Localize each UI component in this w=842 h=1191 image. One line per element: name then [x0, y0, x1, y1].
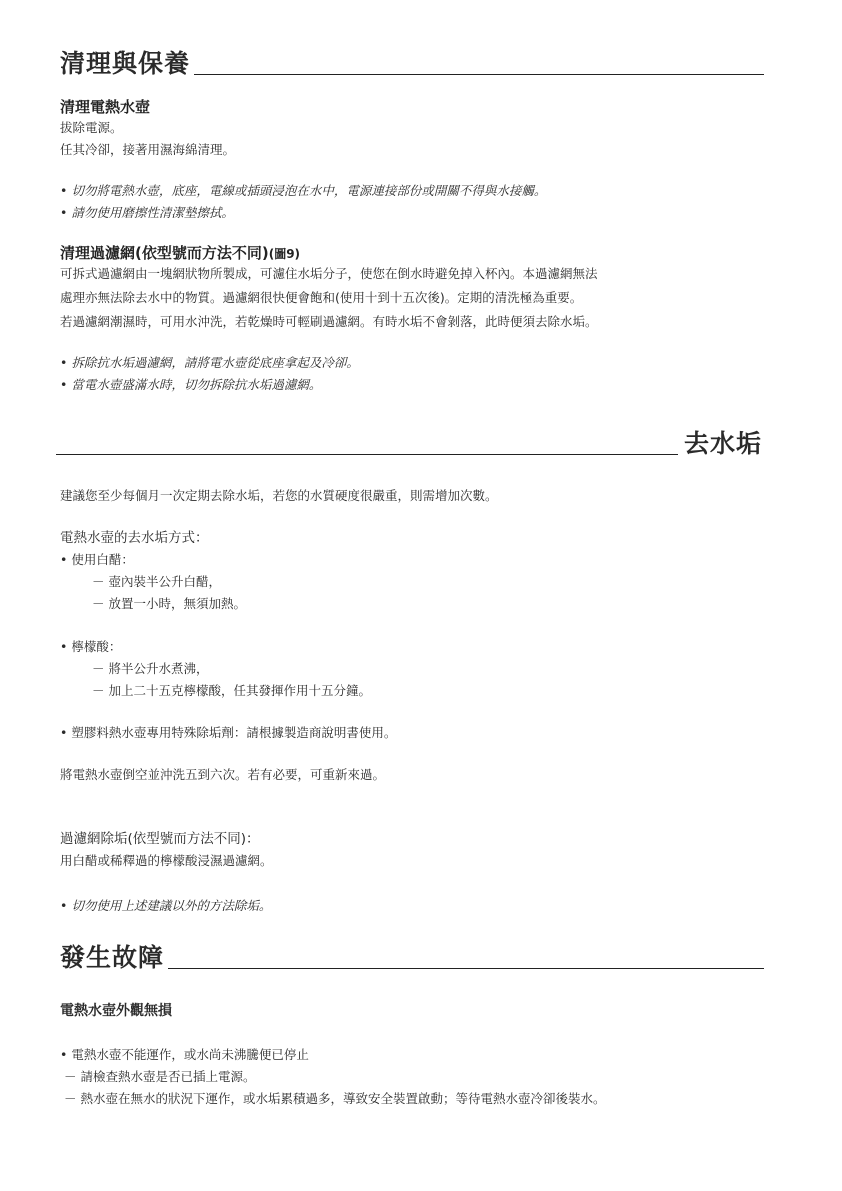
section-rule — [194, 74, 764, 75]
list-item: • 檸檬酸： — [60, 637, 121, 657]
warning-line: • 當電水壺盛滿水時，切勿拆除抗水垢過濾網。 — [60, 375, 321, 395]
list-item: • 電熱水壺不能運作，或水尚未沸騰便已停止 — [60, 1045, 309, 1065]
list-subitem: － 將半公升水煮沸， — [92, 659, 208, 679]
section-header-cleaning: 清理與保養 — [60, 50, 764, 78]
manual-page: 清理與保養 清理電熱水壺 拔除電源。 任其冷卻，接著用濕海綿清理。 • 切勿將電… — [0, 0, 842, 1191]
section-title: 清理與保養 — [60, 50, 190, 78]
text-line: 任其冷卻，接著用濕海綿清理。 — [60, 140, 235, 160]
section-rule — [56, 454, 678, 455]
list-subitem: － 熱水壺在無水的狀況下運作，或水垢累積過多，導致安全裝置啟動；等待電熱水壺冷卻… — [64, 1089, 605, 1109]
warning-line: • 切勿使用上述建議以外的方法除垢。 — [60, 896, 271, 916]
section-title: 去水垢 — [684, 430, 762, 458]
subheading-clean-kettle: 清理電熱水壺 — [60, 96, 150, 117]
list-item: • 使用白醋： — [60, 550, 134, 570]
text-line: 處理亦無法除去水中的物質。過濾網很快便會飽和(使用十到十五次後)。定期的清洗極為… — [60, 288, 582, 308]
list-subitem: － 請檢查熱水壺是否已插上電源。 — [64, 1067, 255, 1087]
text-line: 若過濾網潮濕時，可用水沖洗，若乾燥時可輕刷過濾網。有時水垢不會剝落，此時便須去除… — [60, 312, 598, 332]
text-line: 拔除電源。 — [60, 118, 123, 138]
figure-reference: (圖9) — [269, 247, 300, 261]
subheading-descale-methods: 電熱水壺的去水垢方式： — [60, 528, 209, 548]
section-rule — [168, 968, 764, 969]
text-line: 用白醋或稀釋過的檸檬酸浸濕過濾網。 — [60, 851, 273, 871]
list-subitem: － 放置一小時，無須加熱。 — [92, 594, 246, 614]
subheading-no-damage: 電熱水壺外觀無損 — [60, 1001, 172, 1021]
section-title: 發生故障 — [60, 944, 164, 972]
text-line: 將電熱水壺倒空並沖洗五到六次。若有必要，可重新來過。 — [60, 765, 385, 785]
warning-line: • 請勿使用磨擦性清潔墊擦拭。 — [60, 203, 234, 223]
warning-line: • 切勿將電熱水壺，底座，電線或插頭浸泡在水中，電源連接部份或開關不得與水接觸。 — [60, 181, 546, 201]
subheading-text: 清理過濾網(依型號而方法不同) — [60, 244, 269, 262]
text-line: 建議您至少每個月一次定期去除水垢，若您的水質硬度很嚴重，則需增加次數。 — [60, 486, 498, 506]
section-header-troubleshooting: 發生故障 — [60, 944, 764, 972]
text-line: 可拆式過濾網由一塊網狀物所製成，可濾住水垢分子，使您在倒水時避免掉入杯內。本過濾… — [60, 264, 598, 284]
warning-line: • 拆除抗水垢過濾網，請將電水壺從底座拿起及冷卻。 — [60, 353, 359, 373]
subheading-descale-filter: 過濾網除垢(依型號而方法不同)： — [60, 829, 260, 849]
section-header-descaling: 去水垢 — [56, 430, 762, 458]
subheading-clean-filter: 清理過濾網(依型號而方法不同)(圖9) — [60, 242, 300, 263]
list-subitem: － 壺內裝半公升白醋， — [92, 572, 221, 592]
list-subitem: － 加上二十五克檸檬酸，任其發揮作用十五分鐘。 — [92, 681, 371, 701]
list-item: • 塑膠料熱水壺專用特殊除垢劑：請根據製造商說明書使用。 — [60, 723, 396, 743]
